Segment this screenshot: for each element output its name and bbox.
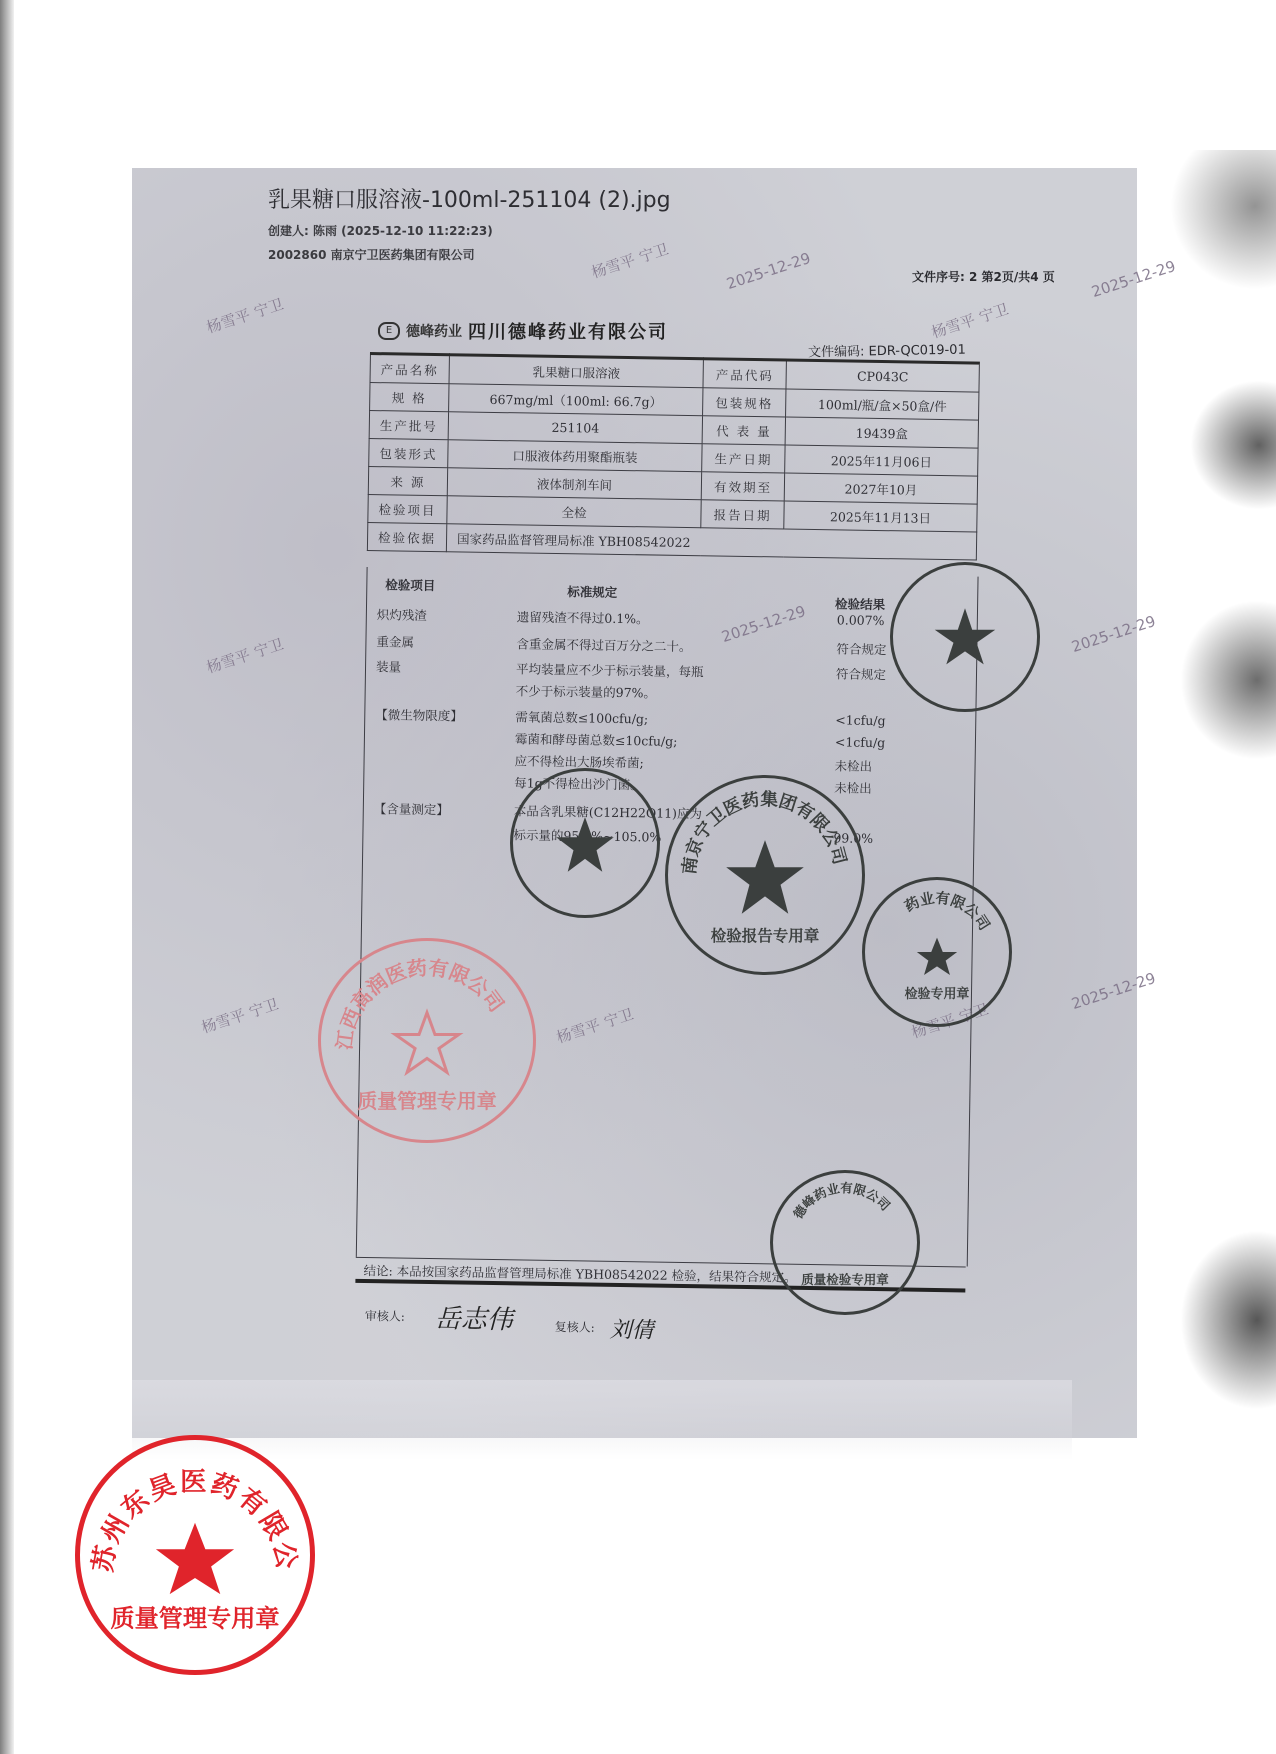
info-value: 667mg/ml（100ml: 66.7g） xyxy=(449,384,704,416)
info-label: 报告日期 xyxy=(701,500,784,529)
jiangxi-stamp-bottom-text: 质量管理专用章 xyxy=(357,1089,496,1113)
result-standard: 不少于标示装量的97%。 xyxy=(516,681,657,701)
company-logo-icon: E xyxy=(378,322,400,340)
defeng-inspection-stamp-left xyxy=(510,768,660,918)
suzhou-stamp-bottom-text: 质量管理专用章 xyxy=(111,1604,280,1632)
scan-shadow xyxy=(1190,380,1276,510)
qc-stamp-bottom-text: 质量检验专用章 xyxy=(801,1272,889,1287)
creator-line: 创建人: 陈雨 (2025-12-10 11:22:23) xyxy=(268,222,493,239)
result-item: 重金属 xyxy=(376,632,414,651)
info-label: 生产日期 xyxy=(702,444,785,473)
results-header-standard: 标准规定 xyxy=(567,582,617,601)
scan-shadow xyxy=(1180,1230,1276,1410)
info-value: 100ml/瓶/盒×50盒/件 xyxy=(786,389,979,420)
info-label: 产品代码 xyxy=(703,359,786,389)
info-value: 全检 xyxy=(447,496,702,528)
result-standard: 遗留残渣不得过0.1%。 xyxy=(517,607,649,627)
info-value: 2025年11月13日 xyxy=(784,501,977,532)
results-header-item: 检验项目 xyxy=(385,575,435,594)
info-value: CP043C xyxy=(786,360,979,392)
results-header-result: 检验结果 xyxy=(835,594,885,613)
checker-label: 复核人: xyxy=(555,1318,595,1336)
defeng-stamp-ring-text: 药业有限公司 xyxy=(902,889,994,934)
file-title: 乳果糖口服溶液-100ml-251104 (2).jpg xyxy=(268,183,671,214)
ningwei-stamp-bottom-text: 检验报告专用章 xyxy=(711,926,820,945)
scan-shadow xyxy=(1170,150,1276,290)
reviewer-label: 审核人: xyxy=(365,1307,405,1325)
inspection-report: 产品名称乳果糖口服溶液产品代码CP043C规 格667mg/ml（100ml: … xyxy=(367,352,980,561)
ningwei-report-stamp: 南京宁卫医药集团有限公司 检验报告专用章 xyxy=(665,775,865,975)
qc-stamp-ring-text: 德峰药业有限公司 xyxy=(790,1180,893,1221)
checker-signature: 刘倩 xyxy=(609,1313,653,1345)
info-value: 251104 xyxy=(448,412,703,444)
result-item: 装量 xyxy=(376,657,401,675)
svg-text:江西高润医药有限公司: 江西高润医药有限公司 xyxy=(333,955,508,1051)
info-label: 代 表 量 xyxy=(702,416,785,445)
info-label: 包装形式 xyxy=(369,438,448,467)
result-standard: 需氧菌总数≤100cfu/g; xyxy=(515,707,648,727)
result-standard: 霉菌和酵母菌总数≤10cfu/g; xyxy=(515,729,678,750)
info-value: 2027年10月 xyxy=(784,473,977,504)
result-item: 【含量测定】 xyxy=(374,799,449,818)
report-info-table: 产品名称乳果糖口服溶液产品代码CP043C规 格667mg/ml（100ml: … xyxy=(367,352,980,561)
info-label: 有效期至 xyxy=(701,472,784,501)
defeng-inspection-stamp-upper xyxy=(890,562,1040,712)
jiangxi-quality-stamp: 江西高润医药有限公司 质量管理专用章 xyxy=(318,938,536,1143)
info-value: 2025年11月06日 xyxy=(785,445,978,476)
defeng-qc-stamp: 德峰药业有限公司 质量检验专用章 xyxy=(770,1170,920,1315)
info-label: 来 源 xyxy=(368,466,447,495)
scan-edge-left xyxy=(0,0,14,1754)
result-value: <1cfu/g xyxy=(835,712,886,728)
info-label: 规 格 xyxy=(370,383,449,412)
result-value: 0.007% xyxy=(837,612,885,628)
defeng-inspection-stamp-right: 药业有限公司 检验专用章 xyxy=(862,877,1012,1027)
info-value: 液体制剂车间 xyxy=(447,468,702,500)
company-header: E 德峰药业 四川德峰药业有限公司 xyxy=(378,318,668,344)
suzhou-quality-stamp: 苏州东昊医药有限公司 质量管理专用章 xyxy=(75,1435,315,1675)
company-name: 四川德峰药业有限公司 xyxy=(468,318,668,344)
info-value: 口服液体药用聚酯瓶装 xyxy=(448,440,703,472)
info-label: 产品名称 xyxy=(370,354,449,384)
customer-code-line: 2002860 南京宁卫医药集团有限公司 xyxy=(268,246,475,263)
result-value: 未检出 xyxy=(834,756,872,775)
info-value: 乳果糖口服溶液 xyxy=(449,355,704,388)
result-value: <1cfu/g xyxy=(835,734,886,750)
scan-shadow xyxy=(1180,600,1276,760)
result-item: 炽灼残渣 xyxy=(377,605,427,624)
result-value: 符合规定 xyxy=(836,639,886,658)
file-sequence: 文件序号: 2 第2页/共4 页 xyxy=(912,268,1055,285)
reviewer-signature: 岳志伟 xyxy=(435,1298,514,1336)
defeng-stamp-bottom-text: 检验专用章 xyxy=(905,986,970,1002)
svg-text:药业有限公司: 药业有限公司 xyxy=(902,889,994,934)
result-standard: 含重金属不得过百万分之二十。 xyxy=(516,634,691,655)
info-label: 生产批号 xyxy=(369,411,448,440)
basis-label: 检验依据 xyxy=(367,522,446,551)
svg-text:德峰药业有限公司: 德峰药业有限公司 xyxy=(790,1180,893,1221)
jiangxi-stamp-ring-text: 江西高润医药有限公司 xyxy=(333,955,508,1051)
info-label: 检验项目 xyxy=(368,494,447,523)
document-code: 文件编码: EDR-QC019-01 xyxy=(808,339,966,361)
company-logo-text: 德峰药业 xyxy=(406,321,462,341)
info-label: 包装规格 xyxy=(703,388,786,417)
info-value: 19439盒 xyxy=(785,417,978,448)
result-item: 【微生物限度】 xyxy=(375,705,463,724)
result-standard: 平均装量应不少于标示装量，每瓶 xyxy=(516,659,704,680)
result-value: 符合规定 xyxy=(836,664,886,683)
